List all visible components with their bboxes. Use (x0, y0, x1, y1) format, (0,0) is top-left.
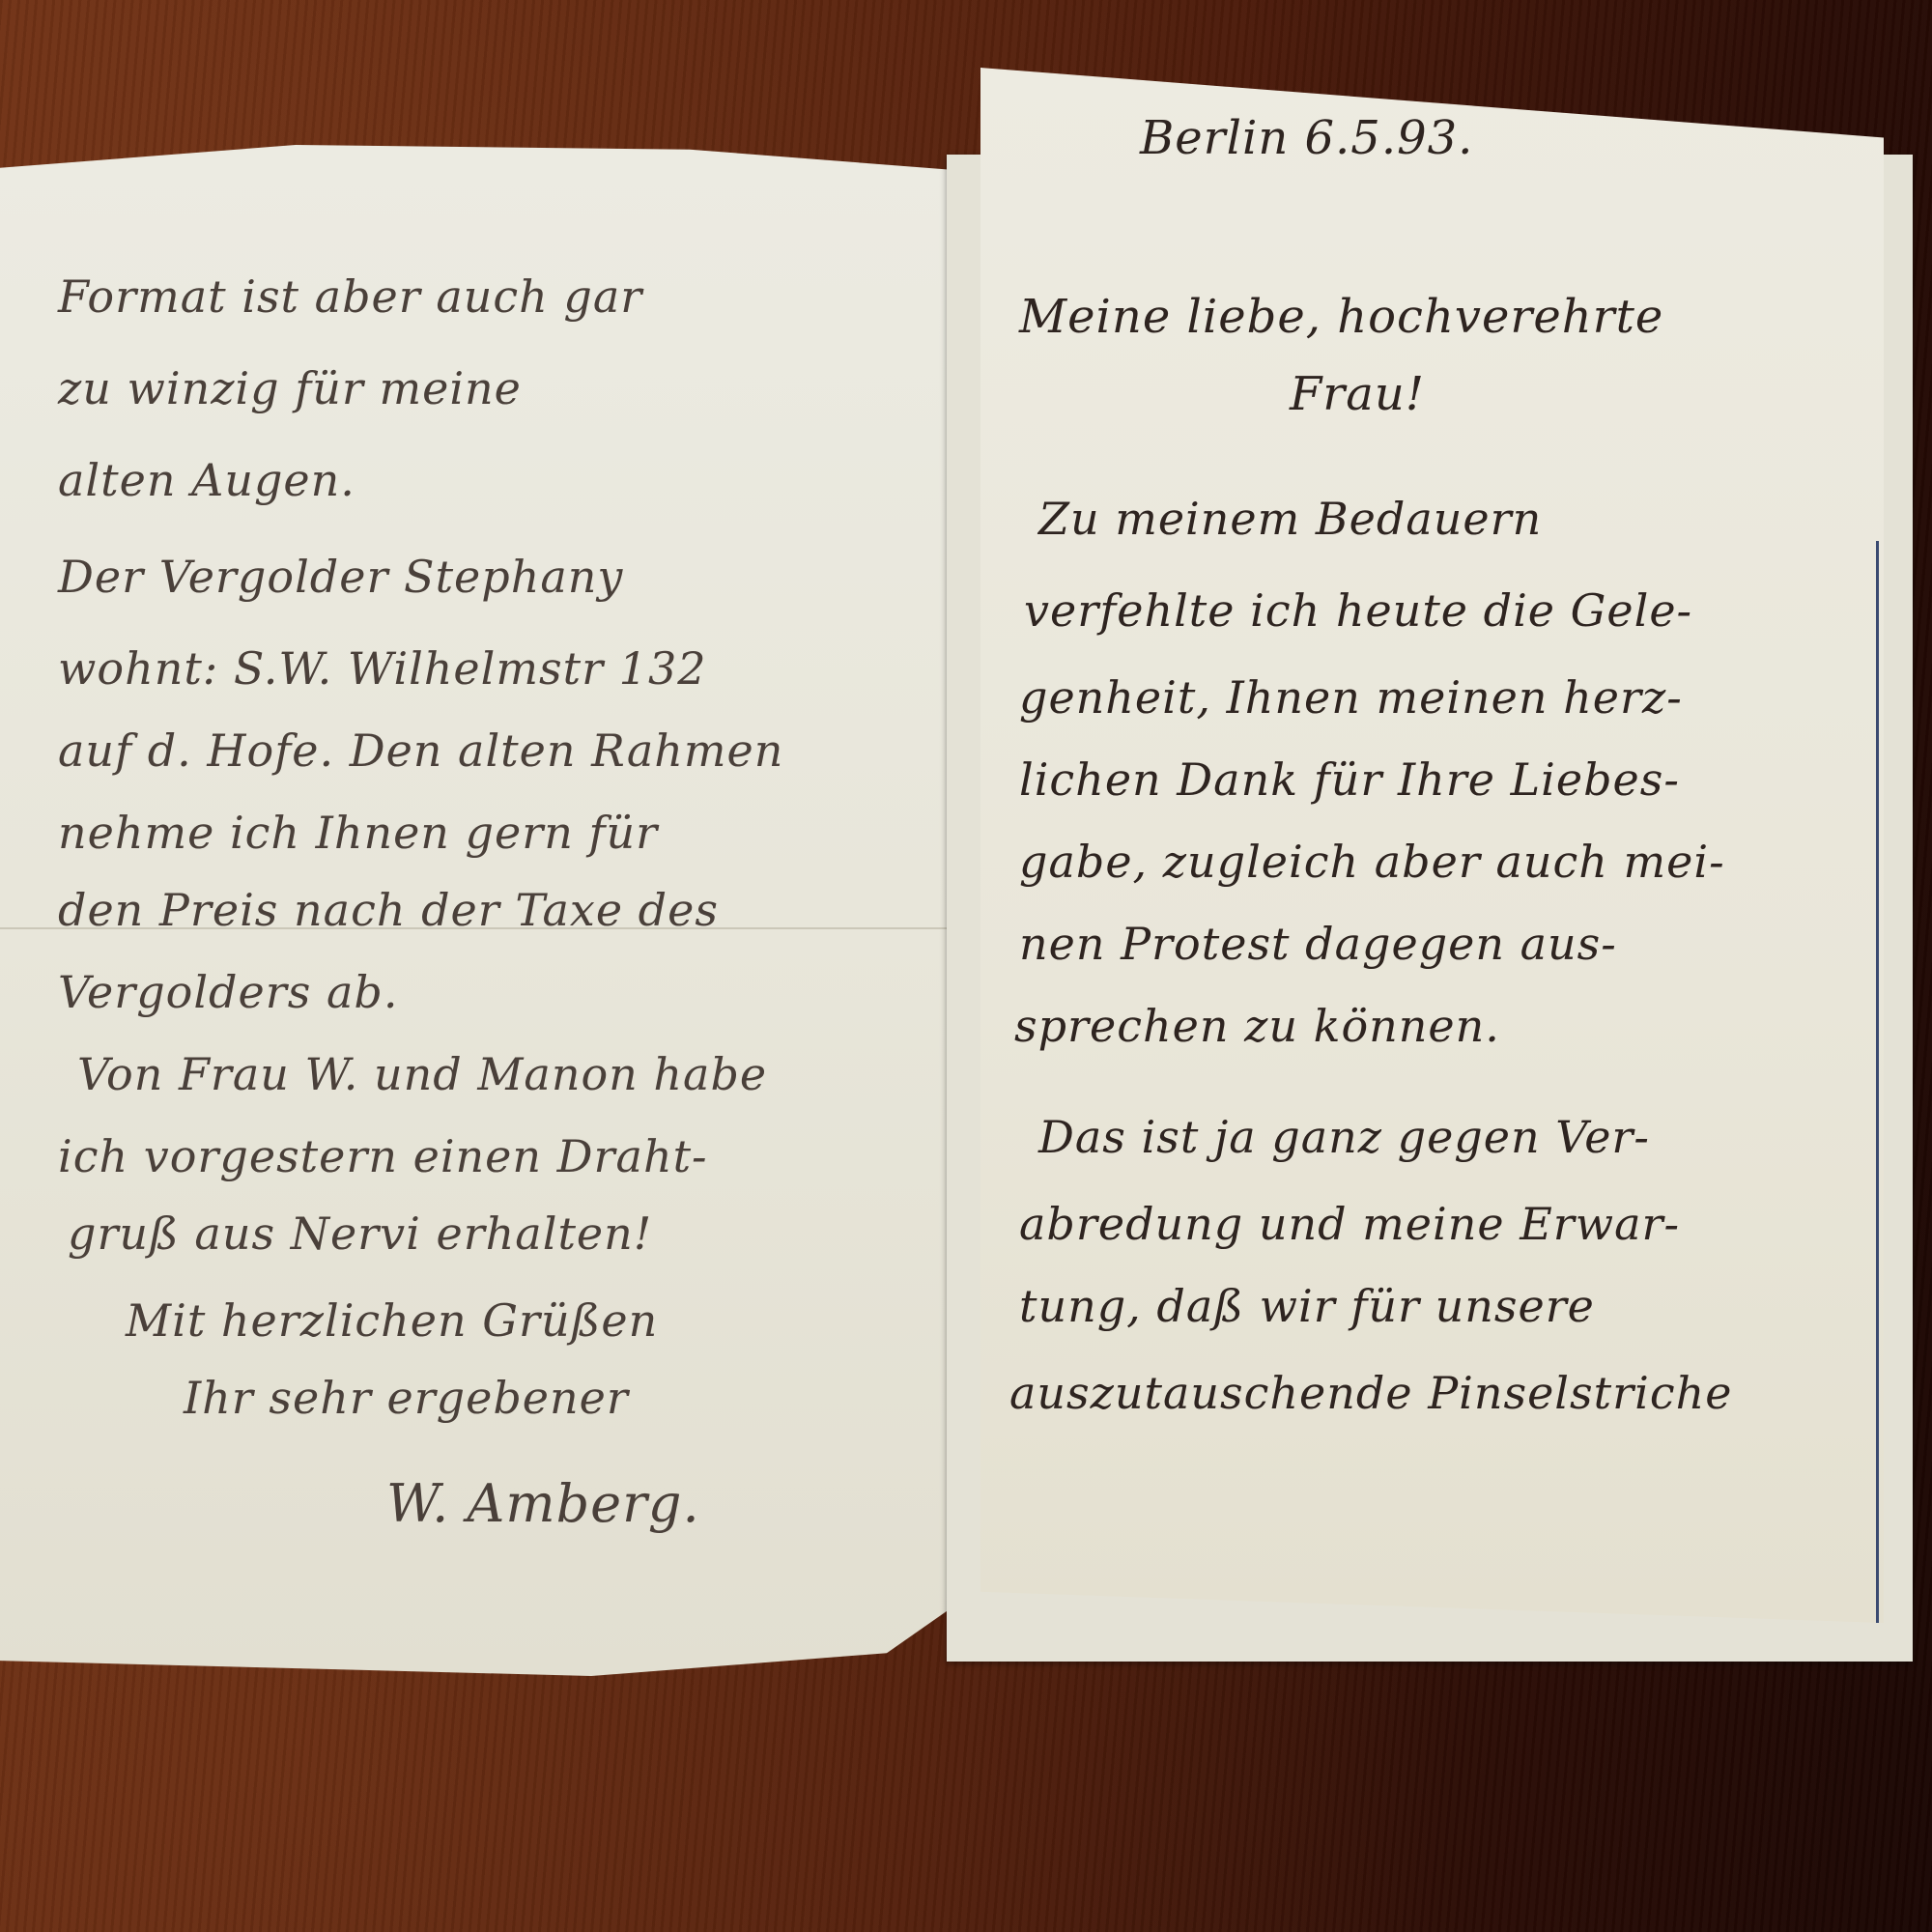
right-line-9: abredung und meine Erwar- (1019, 1198, 1680, 1250)
closing-phrase: Ihr sehr ergebener (184, 1372, 629, 1424)
right-line-10: tung, daß wir für unsere (1019, 1280, 1595, 1332)
closing-greeting: Mit herzlichen Grüßen (126, 1294, 658, 1347)
right-line-6: nen Protest dagegen aus- (1019, 918, 1617, 970)
place-date: Berlin 6.5.93. (1140, 111, 1473, 165)
left-line-3: alten Augen. (58, 454, 355, 506)
signature: W. Amberg. (386, 1473, 700, 1534)
salutation-line-1: Meine liebe, hochverehrte (1019, 290, 1663, 344)
left-line-2: zu winzig für meine (58, 362, 522, 414)
right-line-7: sprechen zu können. (1014, 1000, 1500, 1052)
right-line-3: genheit, Ihnen meinen herz- (1019, 671, 1683, 724)
left-line-10: Von Frau W. und Manon habe (77, 1048, 767, 1100)
salutation-line-2: Frau! (1290, 367, 1425, 421)
right-line-11: auszutauschende Pinselstriche (1009, 1367, 1732, 1419)
left-line-8: den Preis nach der Taxe des (58, 884, 719, 936)
left-line-1: Format ist aber auch gar (58, 270, 642, 323)
right-line-2: verfehlte ich heute die Gele- (1024, 584, 1692, 637)
right-letter-page: Berlin 6.5.93. Meine liebe, hochverehrte… (980, 68, 1884, 1623)
left-line-6: auf d. Hofe. Den alten Rahmen (58, 724, 783, 777)
right-line-8: Das ist ja ganz gegen Ver- (1038, 1111, 1650, 1163)
left-letter-page: Format ist aber auch gar zu winzig für m… (0, 145, 985, 1676)
right-line-5: gabe, zugleich aber auch mei- (1019, 836, 1725, 888)
left-line-7: nehme ich Ihnen gern für (58, 807, 658, 859)
left-line-9: Vergolders ab. (58, 966, 398, 1018)
left-line-12: gruß aus Nervi erhalten! (68, 1207, 652, 1260)
right-line-4: lichen Dank für Ihre Liebes- (1019, 753, 1680, 806)
left-line-11: ich vorgestern einen Draht- (58, 1130, 708, 1182)
left-line-4: Der Vergolder Stephany (58, 551, 623, 603)
page-edge-line (1876, 541, 1879, 1623)
left-line-5: wohnt: S.W. Wilhelmstr 132 (58, 642, 706, 695)
right-line-1: Zu meinem Bedauern (1038, 493, 1542, 545)
